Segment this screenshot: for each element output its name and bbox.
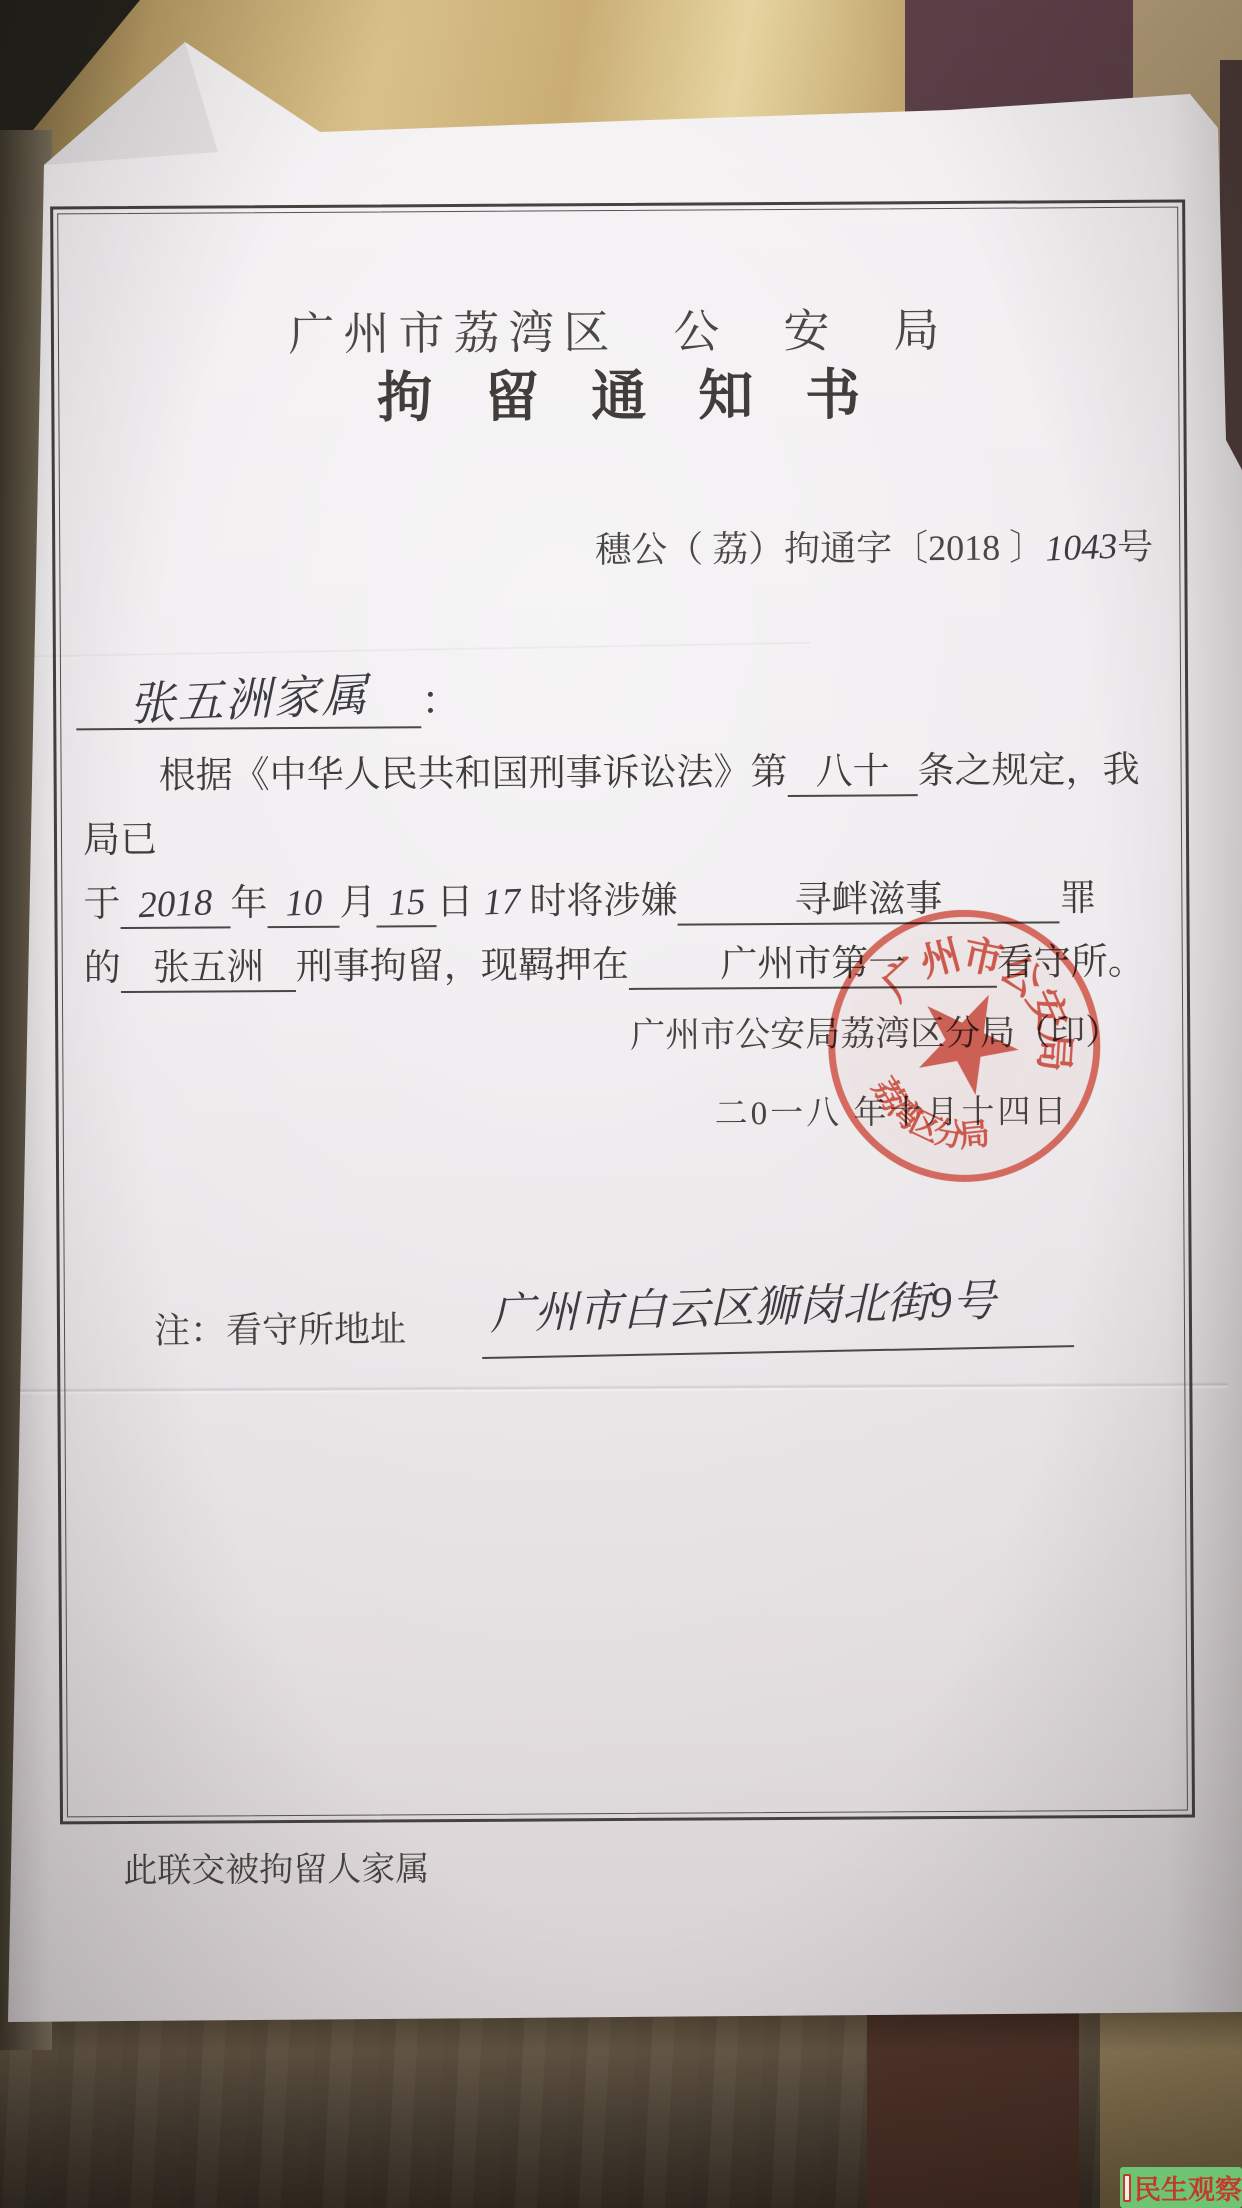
body-line2-post: 时将涉嫌 [529, 881, 677, 923]
watermark-badge: 民生观察 [1120, 2167, 1242, 2208]
note-label: 注：看守所地址 [154, 1301, 406, 1354]
document-number-handwritten: 1043 [1044, 525, 1118, 570]
document-number-suffix: 号 [1117, 527, 1153, 567]
year-blank: 2018 [120, 883, 230, 928]
detention-notice-document: 广州市荔湾区 公 安 局 拘留通知书 穗公（ 荔）拘通字〔2018 〕1043号… [0, 0, 1242, 2208]
year-handwritten: 2018 [138, 882, 214, 928]
year-label: 年 [230, 883, 267, 924]
month-handwritten: 10 [284, 882, 323, 926]
copy-recipient-note: 此联交被拘留人家属 [123, 1841, 429, 1892]
paper-sheet: 广州市荔湾区 公 安 局 拘留通知书 穗公（ 荔）拘通字〔2018 〕1043号… [0, 0, 1242, 2208]
document-number-line: 穗公（ 荔）拘通字〔2018 〕1043号 [595, 519, 1153, 573]
addressee-line: 张五洲家属： [76, 669, 461, 730]
body-line2-pre: 于 [83, 884, 120, 925]
watermark-text: 民生观察 [1134, 2168, 1242, 2207]
addressee-colon: ： [421, 678, 461, 723]
month-label: 月 [339, 882, 376, 923]
document-title: 拘留通知书 [51, 349, 1186, 435]
body-line3-pre: 的 [84, 948, 121, 989]
crime-suffix: 罪 [1059, 878, 1096, 919]
day-blank: 15 [376, 882, 436, 927]
month-blank: 10 [267, 883, 339, 928]
document-number-prefix: 穗公（ 荔）拘通字〔2018 〕 [595, 527, 1045, 570]
hour-blank: 17 [473, 882, 529, 925]
addressee-blank: 张五洲家属 [76, 673, 421, 730]
body-line3-mid: 刑事拘留，现羁押在 [296, 945, 629, 988]
day-label: 日 [436, 882, 473, 923]
law-article-blank: 八十 [787, 751, 917, 796]
body-line1-pre: 根据《中华人民共和国刑事诉讼法》第 [158, 752, 787, 797]
person-name-blank: 张五洲 [121, 947, 296, 993]
addressee-name-handwritten: 张五洲家属 [128, 669, 370, 732]
detention-center-address-handwritten: 广州市白云区狮岗北街9号 [489, 1264, 997, 1342]
watermark-logo-icon [1123, 2174, 1131, 2202]
hour-handwritten: 17 [482, 881, 521, 925]
day-handwritten: 15 [387, 882, 426, 926]
